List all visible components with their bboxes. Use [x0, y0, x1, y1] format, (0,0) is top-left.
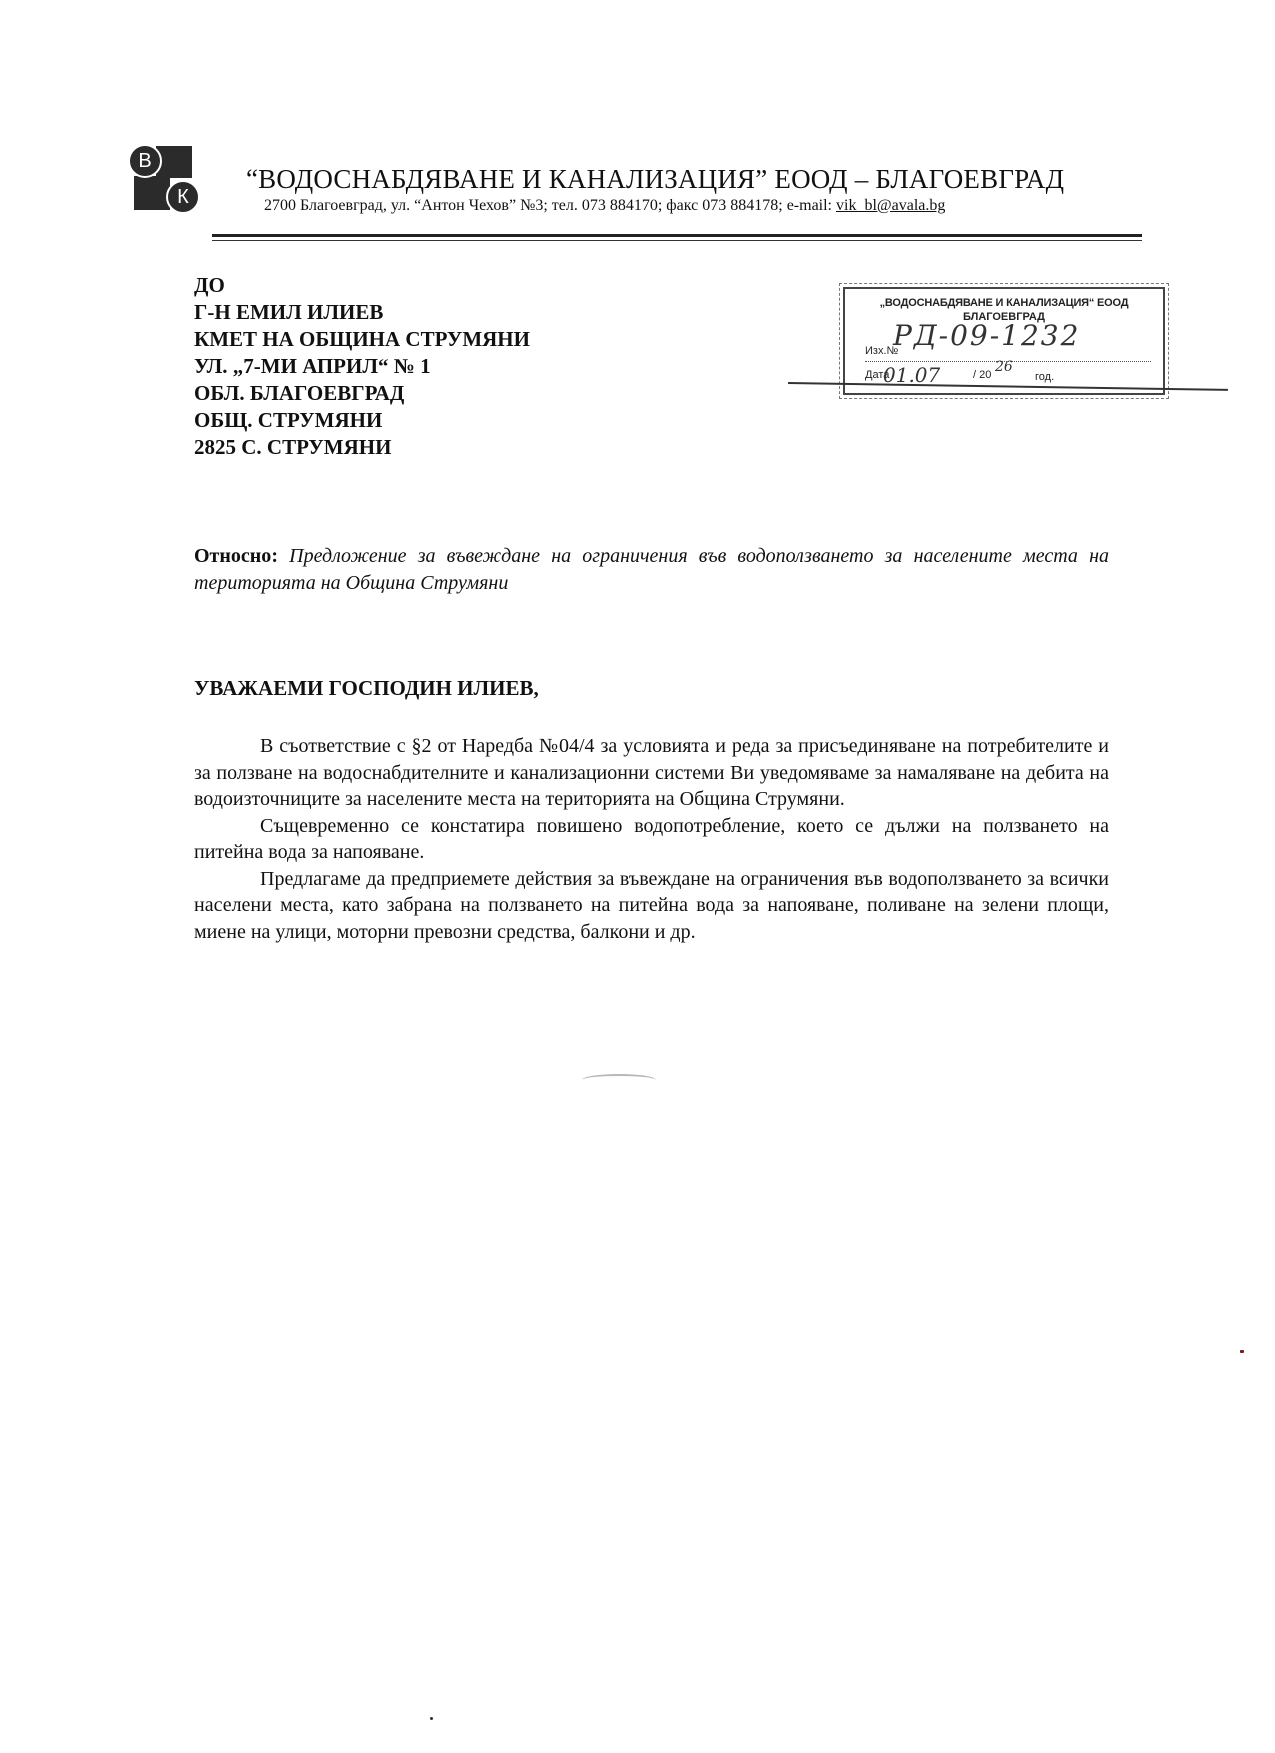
- logo-square-bottom: [134, 176, 170, 210]
- stamp-year-value: 26: [995, 359, 1013, 375]
- scan-artifact-dot: [1240, 1350, 1244, 1353]
- letterhead-rule-thick: [212, 234, 1142, 237]
- subject-colon: :: [271, 545, 278, 567]
- logo-letter-v: В: [128, 144, 162, 178]
- scan-artifact-dot: [430, 1717, 433, 1720]
- recipient-municipality: ОБЩ. СТРУМЯНИ: [194, 407, 530, 434]
- email-link[interactable]: vik_bl@avala.bg: [836, 197, 945, 214]
- company-address: 2700 Благоевград, ул. “Антон Чехов” №3; …: [264, 197, 945, 215]
- subject-line: Относно: Предложение за въвеждане на огр…: [194, 543, 1109, 597]
- address-text: 2700 Благоевград, ул. “Антон Чехов” №3; …: [264, 197, 836, 214]
- stamp-org-line1: „ВОДОСНАБДЯВАНЕ И КАНАЛИЗАЦИЯ“ ЕООД: [845, 297, 1163, 309]
- salutation: УВАЖАЕМИ ГОСПОДИН ИЛИЕВ,: [194, 676, 539, 701]
- recipient-postcode-village: 2825 С. СТРУМЯНИ: [194, 434, 530, 461]
- stamp-year-suffix: год.: [1035, 371, 1054, 383]
- recipient-block: ДО Г-Н ЕМИЛ ИЛИЕВ КМЕТ НА ОБЩИНА СТРУМЯН…: [194, 272, 530, 461]
- subject-text: Предложение за въвеждане на ограничения …: [194, 545, 1109, 594]
- registration-stamp: „ВОДОСНАБДЯВАНЕ И КАНАЛИЗАЦИЯ“ ЕООД БЛАГ…: [843, 287, 1165, 395]
- letterhead-rule-thin: [212, 240, 1142, 241]
- recipient-title: КМЕТ НА ОБЩИНА СТРУМЯНИ: [194, 326, 530, 353]
- company-logo: В К: [130, 146, 198, 212]
- stamp-year-prefix: / 20: [973, 369, 991, 381]
- subject-label: Относно: [194, 545, 271, 567]
- recipient-street: УЛ. „7-МИ АПРИЛ“ № 1: [194, 353, 530, 380]
- recipient-name: Г-Н ЕМИЛ ИЛИЕВ: [194, 299, 530, 326]
- body-paragraph: В съответствие с §2 от Наредба №04/4 за …: [194, 733, 1109, 813]
- recipient-region: ОБЛ. БЛАГОЕВГРАД: [194, 380, 530, 407]
- recipient-line: ДО: [194, 272, 530, 299]
- scan-artifact-mark: [582, 1074, 656, 1086]
- company-name: “ВОДОСНАБДЯВАНЕ И КАНАЛИЗАЦИЯ” ЕООД – БЛ…: [246, 164, 1064, 195]
- body-paragraph: Същевременно се констатира повишено водо…: [194, 813, 1109, 866]
- letter-body: В съответствие с §2 от Наредба №04/4 за …: [194, 733, 1109, 945]
- body-paragraph: Предлагаме да предприемете действия за в…: [194, 866, 1109, 946]
- logo-letter-k: К: [166, 180, 200, 214]
- stamp-outgoing-number: РД-09-1232: [893, 319, 1080, 352]
